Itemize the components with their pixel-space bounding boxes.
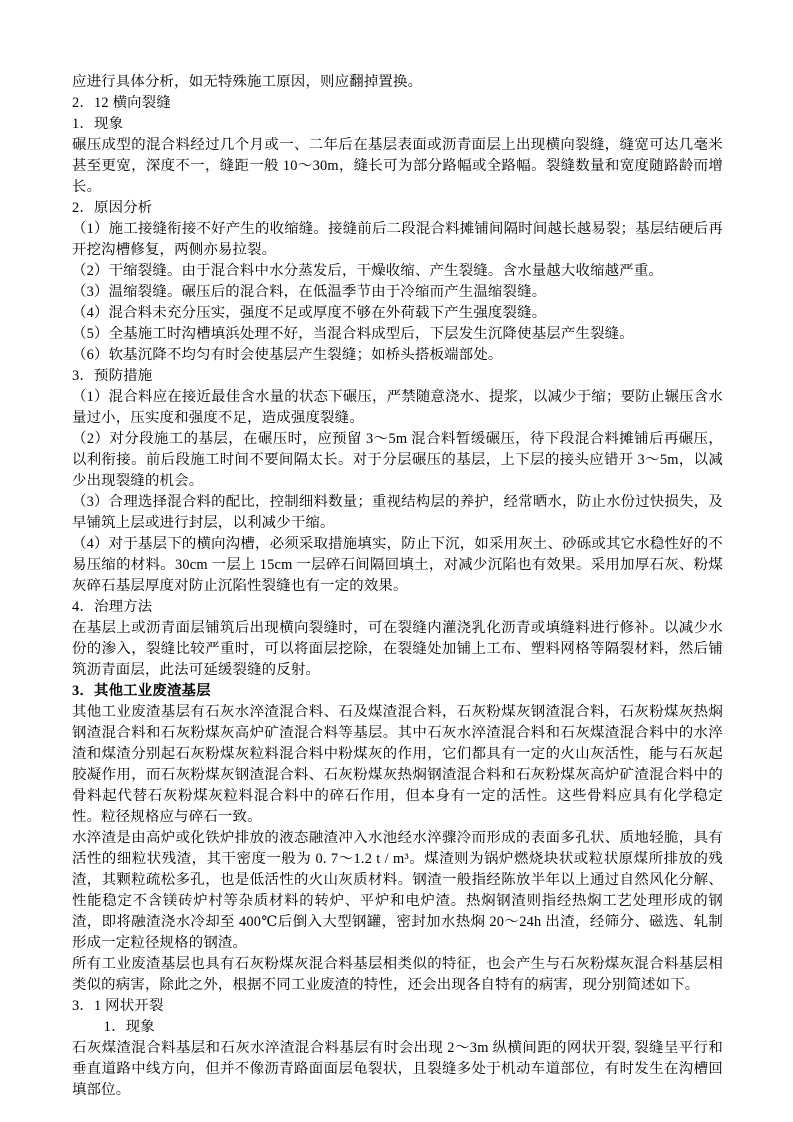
paragraph: 石灰煤渣混合料基层和石灰水淬渣混合料基层有时会出现 2～3m 纵横间距的网状开裂… bbox=[72, 1038, 723, 1101]
document-page: 应进行具体分析，如无特殊施工原因，则应翻掉置换。2．12 横向裂缝1．现象碾压成… bbox=[0, 0, 793, 1122]
section-heading: 3．其他工业废渣基层 bbox=[72, 681, 723, 702]
paragraph: （2）对分段施工的基层，在碾压时，应预留 3～5m 混合料暂缓碾压，待下段混合料… bbox=[72, 429, 723, 492]
paragraph: 在基层上或沥青面层铺筑后出现横向裂缝时，可在裂缝内灌浇乳化沥青或填缝料进行修补。… bbox=[72, 618, 723, 681]
paragraph: （3）温缩裂缝。碾压后的混合料，在低温季节由于冷缩而产生温缩裂缝。 bbox=[72, 282, 723, 303]
paragraph: （2）干缩裂缝。由于混合料中水分蒸发后，干燥收缩、产生裂缝。含水量越大收缩越严重… bbox=[72, 261, 723, 282]
paragraph: （4）混合料未充分压实，强度不足或厚度不够在外荷载下产生强度裂缝。 bbox=[72, 303, 723, 324]
paragraph: （1）施工接缝衔接不好产生的收缩缝。接缝前后二段混合料摊铺间隔时间越长越易裂；基… bbox=[72, 219, 723, 261]
paragraph: 应进行具体分析，如无特殊施工原因，则应翻掉置换。 bbox=[72, 72, 723, 93]
paragraph: 所有工业废渣基层也具有石灰粉煤灰混合料基层相类似的特征，也会产生与石灰粉煤灰混合… bbox=[72, 954, 723, 996]
section-heading: 2．原因分析 bbox=[72, 198, 723, 219]
section-heading: 1．现象 bbox=[72, 114, 723, 135]
paragraph: （4）对于基层下的横向沟槽，必须采取措施填实，防止下沉，如采用灰土、砂砾或其它水… bbox=[72, 534, 723, 597]
paragraph: 碾压成型的混合料经过几个月或一、二年后在基层表面或沥青面层上出现横向裂缝，缝宽可… bbox=[72, 135, 723, 198]
section-heading: 2．12 横向裂缝 bbox=[72, 93, 723, 114]
section-heading: 4．治理方法 bbox=[72, 597, 723, 618]
paragraph: （3）合理选择混合料的配比，控制细料数量；重视结构层的养护，经常晒水，防止水份过… bbox=[72, 492, 723, 534]
paragraph: （5）全基施工时沟槽填浜处理不好，当混合料成型后，下层发生沉降使基层产生裂缝。 bbox=[72, 324, 723, 345]
paragraph: 水淬渣是由高炉或化铁炉排放的液态融渣冲入水池经水淬骤冷而形成的表面多孔状、质地轻… bbox=[72, 828, 723, 954]
paragraph: 1．现象 bbox=[72, 1017, 723, 1038]
section-heading: 3．预防措施 bbox=[72, 366, 723, 387]
paragraph: （1）混合料应在接近最佳含水量的状态下碾压，严禁随意浇水、提浆，以减少于缩；要防… bbox=[72, 387, 723, 429]
paragraph: （6）软基沉降不均匀有时会使基层产生裂缝；如桥头搭板端部处。 bbox=[72, 345, 723, 366]
document-content: 应进行具体分析，如无特殊施工原因，则应翻掉置换。2．12 横向裂缝1．现象碾压成… bbox=[72, 72, 723, 1101]
paragraph: 其他工业废渣基层有石灰水淬渣混合料、石及煤渣混合料，石灰粉煤灰钢渣混合料，石灰粉… bbox=[72, 702, 723, 828]
section-heading: 3．1 网状开裂 bbox=[72, 996, 723, 1017]
